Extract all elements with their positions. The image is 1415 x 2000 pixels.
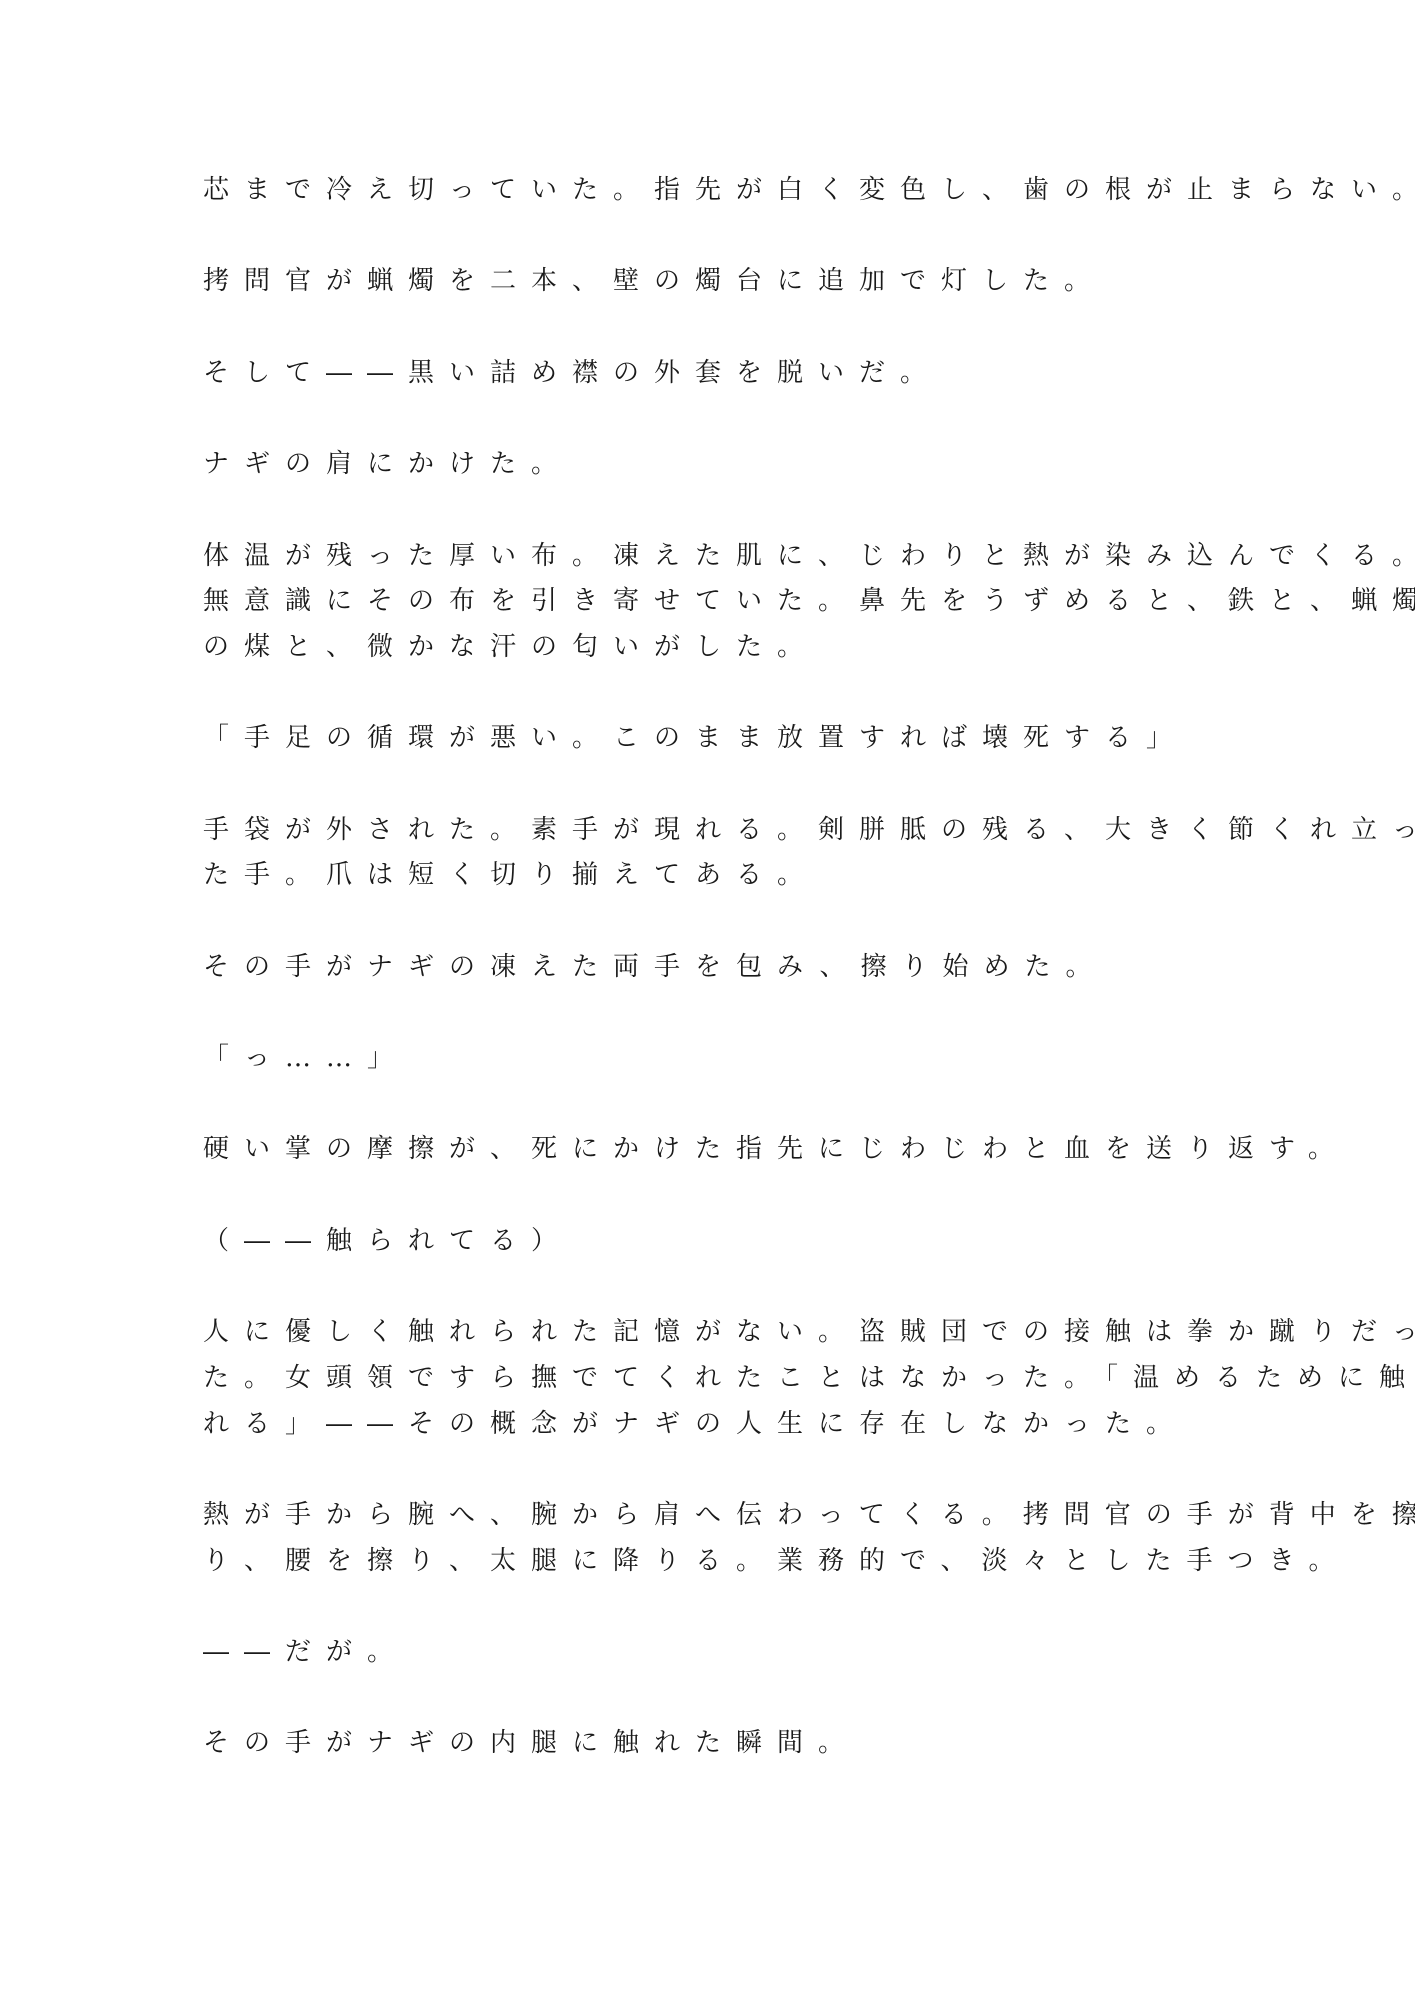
text-line: 「っ……」: [203, 1036, 1203, 1082]
text-line: 手袋が外された。素手が現れる。剣胼胝の残る、大きく節くれ立っ: [203, 808, 1203, 854]
paragraph: 体温が残った厚い布。凍えた肌に、じわりと熱が染み込んでくる。 無意識にその布を引…: [203, 534, 1203, 671]
paragraph: ナギの肩にかけた。: [203, 442, 1203, 488]
document-page: 芯まで冷え切っていた。指先が白く変色し、歯の根が止まらない。 拷問官が蝋燭を二本…: [203, 168, 1203, 1813]
paragraph: ――だが。: [203, 1630, 1203, 1676]
paragraph: 手袋が外された。素手が現れる。剣胼胝の残る、大きく節くれ立っ た手。爪は短く切り…: [203, 808, 1203, 899]
text-line: 無意識にその布を引き寄せていた。鼻先をうずめると、鉄と、蝋燭: [203, 579, 1203, 625]
paragraph: 芯まで冷え切っていた。指先が白く変色し、歯の根が止まらない。: [203, 168, 1203, 214]
text-line: た。女頭領ですら撫でてくれたことはなかった。「温めるために触: [203, 1356, 1203, 1402]
text-line: 熱が手から腕へ、腕から肩へ伝わってくる。拷問官の手が背中を擦: [203, 1493, 1203, 1539]
text-line: そして――黒い詰め襟の外套を脱いだ。: [203, 351, 1203, 397]
paragraph: そして――黒い詰め襟の外套を脱いだ。: [203, 351, 1203, 397]
text-line: （――触られてる）: [203, 1219, 1203, 1265]
text-line: の煤と、微かな汗の匂いがした。: [203, 625, 1203, 671]
text-line: ナギの肩にかけた。: [203, 442, 1203, 488]
text-line: 芯まで冷え切っていた。指先が白く変色し、歯の根が止まらない。: [203, 168, 1203, 214]
paragraph: 人に優しく触れられた記憶がない。盗賊団での接触は拳か蹴りだっ た。女頭領ですら撫…: [203, 1310, 1203, 1447]
text-line: 人に優しく触れられた記憶がない。盗賊団での接触は拳か蹴りだっ: [203, 1310, 1203, 1356]
dialogue-paragraph: 「手足の循環が悪い。このまま放置すれば壊死する」: [203, 716, 1203, 762]
text-line: り、腰を擦り、太腿に降りる。業務的で、淡々とした手つき。: [203, 1539, 1203, 1585]
text-line: 「手足の循環が悪い。このまま放置すれば壊死する」: [203, 716, 1203, 762]
text-line: ――だが。: [203, 1630, 1203, 1676]
paragraph: その手がナギの内腿に触れた瞬間。: [203, 1721, 1203, 1767]
text-line: その手がナギの凍えた両手を包み、擦り始めた。: [203, 945, 1203, 991]
text-line: た手。爪は短く切り揃えてある。: [203, 853, 1203, 899]
paragraph: 熱が手から腕へ、腕から肩へ伝わってくる。拷問官の手が背中を擦 り、腰を擦り、太腿…: [203, 1493, 1203, 1584]
paragraph: 拷問官が蝋燭を二本、壁の燭台に追加で灯した。: [203, 259, 1203, 305]
text-line: その手がナギの内腿に触れた瞬間。: [203, 1721, 1203, 1767]
text-line: れる」――その概念がナギの人生に存在しなかった。: [203, 1402, 1203, 1448]
dialogue-paragraph: 「っ……」: [203, 1036, 1203, 1082]
text-line: 体温が残った厚い布。凍えた肌に、じわりと熱が染み込んでくる。: [203, 534, 1203, 580]
text-line: 硬い掌の摩擦が、死にかけた指先にじわじわと血を送り返す。: [203, 1127, 1203, 1173]
paragraph: 硬い掌の摩擦が、死にかけた指先にじわじわと血を送り返す。: [203, 1127, 1203, 1173]
paragraph: その手がナギの凍えた両手を包み、擦り始めた。: [203, 945, 1203, 991]
text-line: 拷問官が蝋燭を二本、壁の燭台に追加で灯した。: [203, 259, 1203, 305]
inner-thought-paragraph: （――触られてる）: [203, 1219, 1203, 1265]
